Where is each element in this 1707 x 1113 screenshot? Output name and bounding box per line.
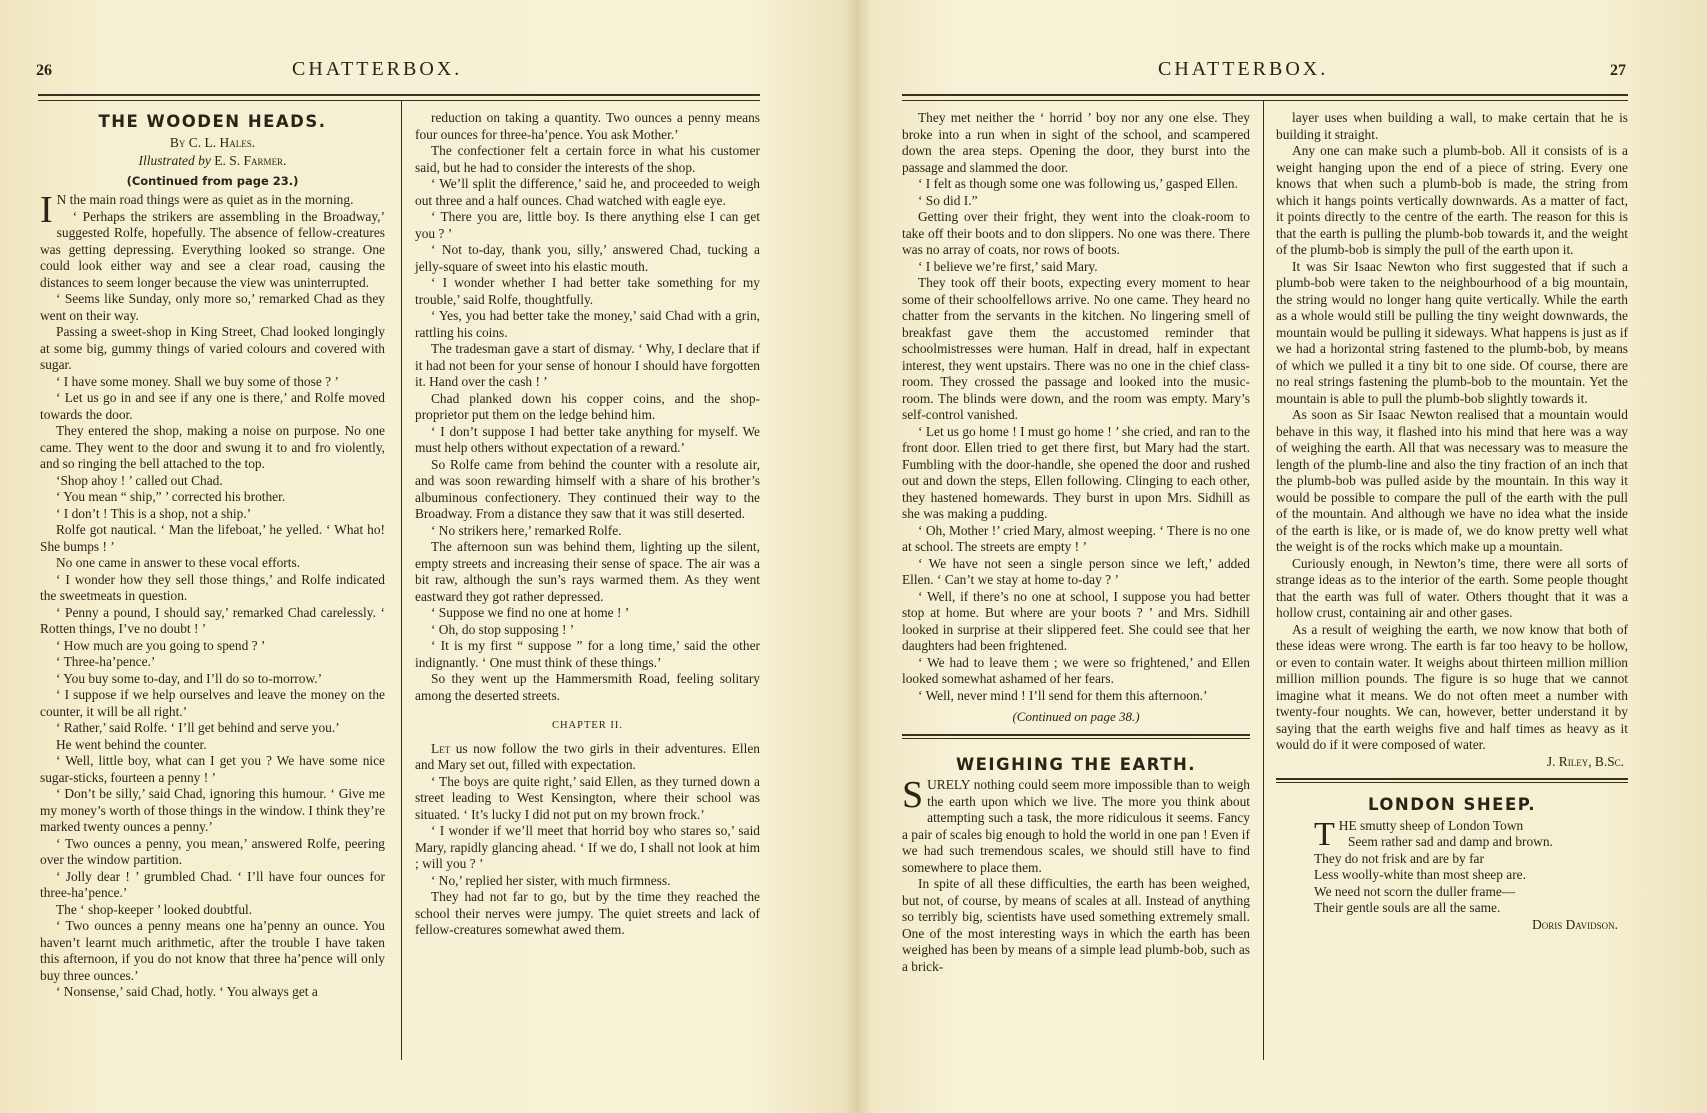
- paragraph: The tradesman gave a start of dismay. ‘ …: [415, 341, 760, 391]
- paragraph: ‘ You mean “ ship,” ’ corrected his brot…: [40, 489, 385, 506]
- column-2-body-b: ‘ The boys are quite right,’ said Ellen,…: [415, 774, 760, 939]
- poem-line: Their gentle souls are all the same.: [1314, 900, 1628, 917]
- poem-line: We need not scorn the duller frame—: [1314, 884, 1628, 901]
- paragraph: ‘ It is my first “ suppose ” for a long …: [415, 638, 760, 671]
- paragraph: Let us now follow the two girls in their…: [415, 741, 760, 774]
- paragraph: ‘ Rather,’ said Rolfe. ‘ I’ll get behind…: [40, 720, 385, 737]
- paragraph: The afternoon sun was behind them, light…: [415, 539, 760, 605]
- magazine-spread: 26 CHATTERBOX. THE WOODEN HEADS. By C. L…: [0, 0, 1707, 1113]
- column-3: They met neither the ‘ horrid ’ boy nor …: [902, 110, 1250, 975]
- paragraph: ‘ You buy some to-day, and I’ll do so to…: [40, 671, 385, 688]
- story-title: THE WOODEN HEADS.: [40, 114, 385, 131]
- author-name: C. L. Hales.: [189, 135, 255, 150]
- paragraph: Curiously enough, in Newton’s time, ther…: [1276, 556, 1628, 622]
- paragraph: ‘ Oh, Mother !’ cried Mary, almost weepi…: [902, 523, 1250, 556]
- paragraph: ‘ Nonsense,’ said Chad, hotly. ‘ You alw…: [40, 984, 385, 1001]
- paragraph: ‘ Oh, do stop supposing ! ’: [415, 622, 760, 639]
- paragraph: ‘ Jolly dear ! ’ grumbled Chad. ‘ I’ll h…: [40, 869, 385, 902]
- section-rule: [902, 734, 1250, 739]
- paragraph: ‘ Three-ha’pence.’: [40, 654, 385, 671]
- drop-cap: S: [902, 779, 923, 811]
- paragraph: ‘ No strikers here,’ remarked Rolfe.: [415, 523, 760, 540]
- running-head-left: CHATTERBOX.: [292, 58, 462, 81]
- poem-line: Seem rather sad and damp and brown.: [1314, 834, 1628, 851]
- paragraph: He went behind the counter.: [40, 737, 385, 754]
- paragraph: ‘ Well, if there’s no one at school, I s…: [902, 589, 1250, 655]
- paragraph: ‘ Well, never mind ! I’ll send for them …: [902, 688, 1250, 705]
- paragraph: ‘ Perhaps the strikers are assembling in…: [40, 209, 385, 292]
- paragraph: As soon as Sir Isaac Newton realised tha…: [1276, 407, 1628, 556]
- paragraph: ‘ Penny a pound, I should say,’ remarked…: [40, 605, 385, 638]
- paragraph: Getting over their fright, they went int…: [902, 209, 1250, 259]
- paragraph: Passing a sweet-shop in King Street, Cha…: [40, 324, 385, 374]
- paragraph: ‘ Two ounces a penny means one ha’penny …: [40, 918, 385, 984]
- paragraph: ‘ Let us go in and see if any one is the…: [40, 390, 385, 423]
- paragraph: They entered the shop, making a noise on…: [40, 423, 385, 473]
- illustrator-line: Illustrated by E. S. Farmer.: [40, 153, 385, 170]
- header-rule-right: [902, 94, 1628, 101]
- header-rule-left: [38, 94, 760, 101]
- paragraph: ‘ I have some money. Shall we buy some o…: [40, 374, 385, 391]
- paragraph: They met neither the ‘ horrid ’ boy nor …: [902, 110, 1250, 176]
- paragraph: ‘ Suppose we find no one at home ! ’: [415, 605, 760, 622]
- article-signature: J. Riley, B.Sc.: [1276, 754, 1628, 771]
- right-page: CHATTERBOX. 27 They met neither the ‘ ho…: [858, 0, 1707, 1113]
- paragraph: ‘ Let us go home ! I must go home ! ’ sh…: [902, 424, 1250, 523]
- paragraph: Rolfe got nautical. ‘ Man the lifeboat,’…: [40, 522, 385, 555]
- column-3-body: They met neither the ‘ horrid ’ boy nor …: [902, 110, 1250, 704]
- page-number-left: 26: [36, 62, 52, 80]
- paragraph: So Rolfe came from behind the counter wi…: [415, 457, 760, 523]
- paragraph: They took off their boots, expecting eve…: [902, 275, 1250, 424]
- chapter-heading: CHAPTER II.: [415, 718, 760, 735]
- paragraph: ‘Shop ahoy ! ’ called out Chad.: [40, 473, 385, 490]
- illustrator-name: E. S. Farmer.: [214, 153, 286, 168]
- article-title: WEIGHING THE EARTH.: [902, 757, 1250, 774]
- column-2: reduction on taking a quantity. Two ounc…: [415, 110, 760, 939]
- column-divider: [1263, 100, 1264, 1060]
- paragraph: So they went up the Hammersmith Road, fe…: [415, 671, 760, 704]
- page-number-right: 27: [1610, 62, 1626, 80]
- left-page: 26 CHATTERBOX. THE WOODEN HEADS. By C. L…: [0, 0, 850, 1113]
- paragraph: layer uses when building a wall, to make…: [1276, 110, 1628, 143]
- paragraph: The confectioner felt a certain force in…: [415, 143, 760, 176]
- poem-title: LONDON SHEEP.: [1276, 797, 1628, 814]
- running-head-right: CHATTERBOX.: [1158, 58, 1328, 81]
- paragraph: ‘ I felt as though some one was followin…: [902, 176, 1250, 193]
- paragraph: ‘ I believe we’re first,’ said Mary.: [902, 259, 1250, 276]
- paragraph: Any one can make such a plumb-bob. All i…: [1276, 143, 1628, 259]
- paragraph: It was Sir Isaac Newton who first sugges…: [1276, 259, 1628, 408]
- paragraph: ‘ Don’t be silly,’ said Chad, ignoring t…: [40, 786, 385, 836]
- section-rule: [1276, 778, 1628, 783]
- column-4: layer uses when building a wall, to make…: [1276, 110, 1628, 933]
- paragraph: ‘ Seems like Sunday, only more so,’ rema…: [40, 291, 385, 324]
- column-2-body-a: reduction on taking a quantity. Two ounc…: [415, 110, 760, 704]
- poem-line: THE smutty sheep of London Town: [1314, 818, 1628, 835]
- paragraph: ‘ The boys are quite right,’ said Ellen,…: [415, 774, 760, 824]
- paragraph: reduction on taking a quantity. Two ounc…: [415, 110, 760, 143]
- chapter-lead-word: Let: [431, 741, 450, 756]
- column-1-body: ‘ Perhaps the strikers are assembling in…: [40, 209, 385, 1001]
- paragraph: ‘ I wonder if we’ll meet that horrid boy…: [415, 823, 760, 873]
- paragraph: SURELY nothing could seem more impossibl…: [902, 777, 1250, 876]
- paragraph: ‘ I don’t suppose I had better take anyt…: [415, 424, 760, 457]
- continued-from-note: (Continued from page 23.): [40, 173, 385, 190]
- poem-line: Less woolly-white than most sheep are.: [1314, 867, 1628, 884]
- paragraph: As a result of weighing the earth, we no…: [1276, 622, 1628, 754]
- poem-author: Doris Davidson.: [1276, 917, 1628, 934]
- column-1: THE WOODEN HEADS. By C. L. Hales. Illust…: [40, 110, 385, 1001]
- poem-line: They do not frisk and are by far: [1314, 851, 1628, 868]
- paragraph: ‘ I suppose if we help ourselves and lea…: [40, 687, 385, 720]
- paragraph: ‘ Well, little boy, what can I get you ?…: [40, 753, 385, 786]
- paragraph: ‘ So did I.”: [902, 193, 1250, 210]
- paragraph: ‘ Not to-day, thank you, silly,’ answere…: [415, 242, 760, 275]
- paragraph: ‘ Two ounces a penny, you mean,’ answere…: [40, 836, 385, 869]
- column-divider: [401, 100, 402, 1060]
- paragraph: Chad planked down his copper coins, and …: [415, 391, 760, 424]
- poem: THE smutty sheep of London Town Seem rat…: [1276, 818, 1628, 917]
- paragraph: ‘ We have not seen a single person since…: [902, 556, 1250, 589]
- paragraph: ‘ I wonder whether I had better take som…: [415, 275, 760, 308]
- column-4-body: layer uses when building a wall, to make…: [1276, 110, 1628, 754]
- drop-cap: T: [1314, 820, 1335, 850]
- paragraph: ‘ We had to leave them ; we were so frig…: [902, 655, 1250, 688]
- paragraph: No one came in answer to these vocal eff…: [40, 555, 385, 572]
- drop-cap: I: [40, 194, 53, 226]
- continued-on-note: (Continued on page 38.): [902, 709, 1250, 726]
- paragraph: They had not far to go, but by the time …: [415, 889, 760, 939]
- paragraph: ‘ We’ll split the difference,’ said he, …: [415, 176, 760, 209]
- byline: By C. L. Hales.: [40, 135, 385, 152]
- paragraph: ‘ No,’ replied her sister, with much fir…: [415, 873, 760, 890]
- paragraph: IN the main road things were as quiet as…: [40, 192, 385, 209]
- paragraph: ‘ Yes, you had better take the money,’ s…: [415, 308, 760, 341]
- paragraph: The ‘ shop-keeper ’ looked doubtful.: [40, 902, 385, 919]
- paragraph: ‘ I don’t ! This is a shop, not a ship.’: [40, 506, 385, 523]
- paragraph: ‘ There you are, little boy. Is there an…: [415, 209, 760, 242]
- paragraph: ‘ How much are you going to spend ? ’: [40, 638, 385, 655]
- paragraph: ‘ I wonder how they sell those things,’ …: [40, 572, 385, 605]
- paragraph: In spite of all these difficulties, the …: [902, 876, 1250, 975]
